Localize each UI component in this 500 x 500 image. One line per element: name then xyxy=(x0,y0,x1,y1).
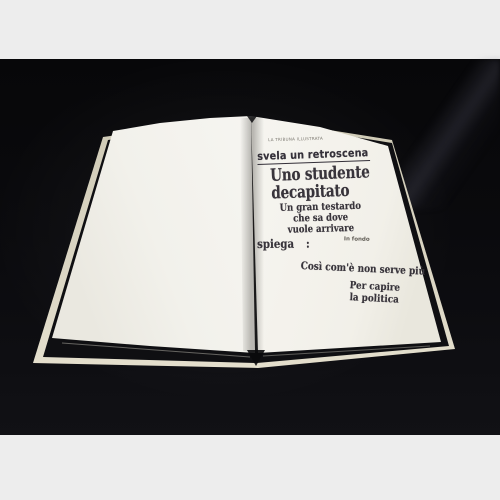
kicker-text: svela un retroscena xyxy=(257,146,370,163)
right-page-text: LA TRIBUNA ILLUSTRATA svela un retroscen… xyxy=(0,0,500,500)
closing-lines: Per capire la politica xyxy=(346,280,403,306)
statement-text: Così com'è non serve più xyxy=(300,260,425,278)
deck-lines: Un gran testardo che sa dove vuole arriv… xyxy=(276,201,365,236)
spiega-colon: : xyxy=(306,237,310,251)
spiega-label: spiega xyxy=(257,237,294,251)
deck-line-3: vuole arrivare xyxy=(277,223,366,236)
screenshot: LA TRIBUNA ILLUSTRATA svela un retroscen… xyxy=(0,0,500,500)
small-note-text: In fondo xyxy=(344,236,370,242)
spiega-line: spiega: xyxy=(257,237,310,251)
masthead-text: LA TRIBUNA ILLUSTRATA xyxy=(268,137,323,143)
closing-line-2: la politica xyxy=(346,291,403,305)
